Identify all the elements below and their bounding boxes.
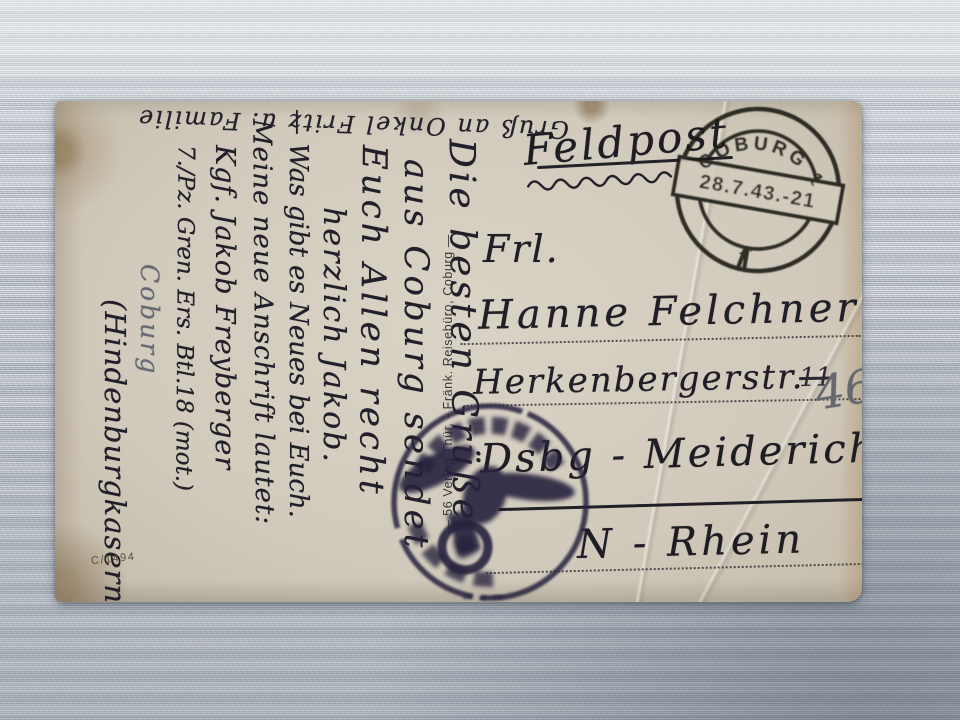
message-line-pencil: Coburg	[133, 264, 165, 602]
postcard: Gruß an Onkel Fritz u. Familie Die beste…	[55, 101, 862, 602]
message-line: — Was gibt es Neues bei Euch.	[281, 109, 315, 602]
address-salutation: Frl.	[483, 227, 560, 271]
address-region: N - Rhein	[577, 516, 806, 568]
message-line: Kgf. Jakob Freyberger	[203, 145, 245, 602]
message-line: 7./Pz. Gren. Ers. Btl.18 (mot.)	[163, 145, 204, 602]
unit-ink-stamp	[385, 397, 597, 602]
postmark-stamp: COBURG 1 28.7.43.-21 f	[648, 101, 862, 300]
street-number-new-pencil: 46	[811, 358, 862, 420]
message-line: Meine neue Anschrift lautet:	[243, 119, 282, 602]
street-name: Herkenbergerstr.	[473, 357, 805, 403]
message-line: herzlich Jakob.	[315, 207, 351, 602]
